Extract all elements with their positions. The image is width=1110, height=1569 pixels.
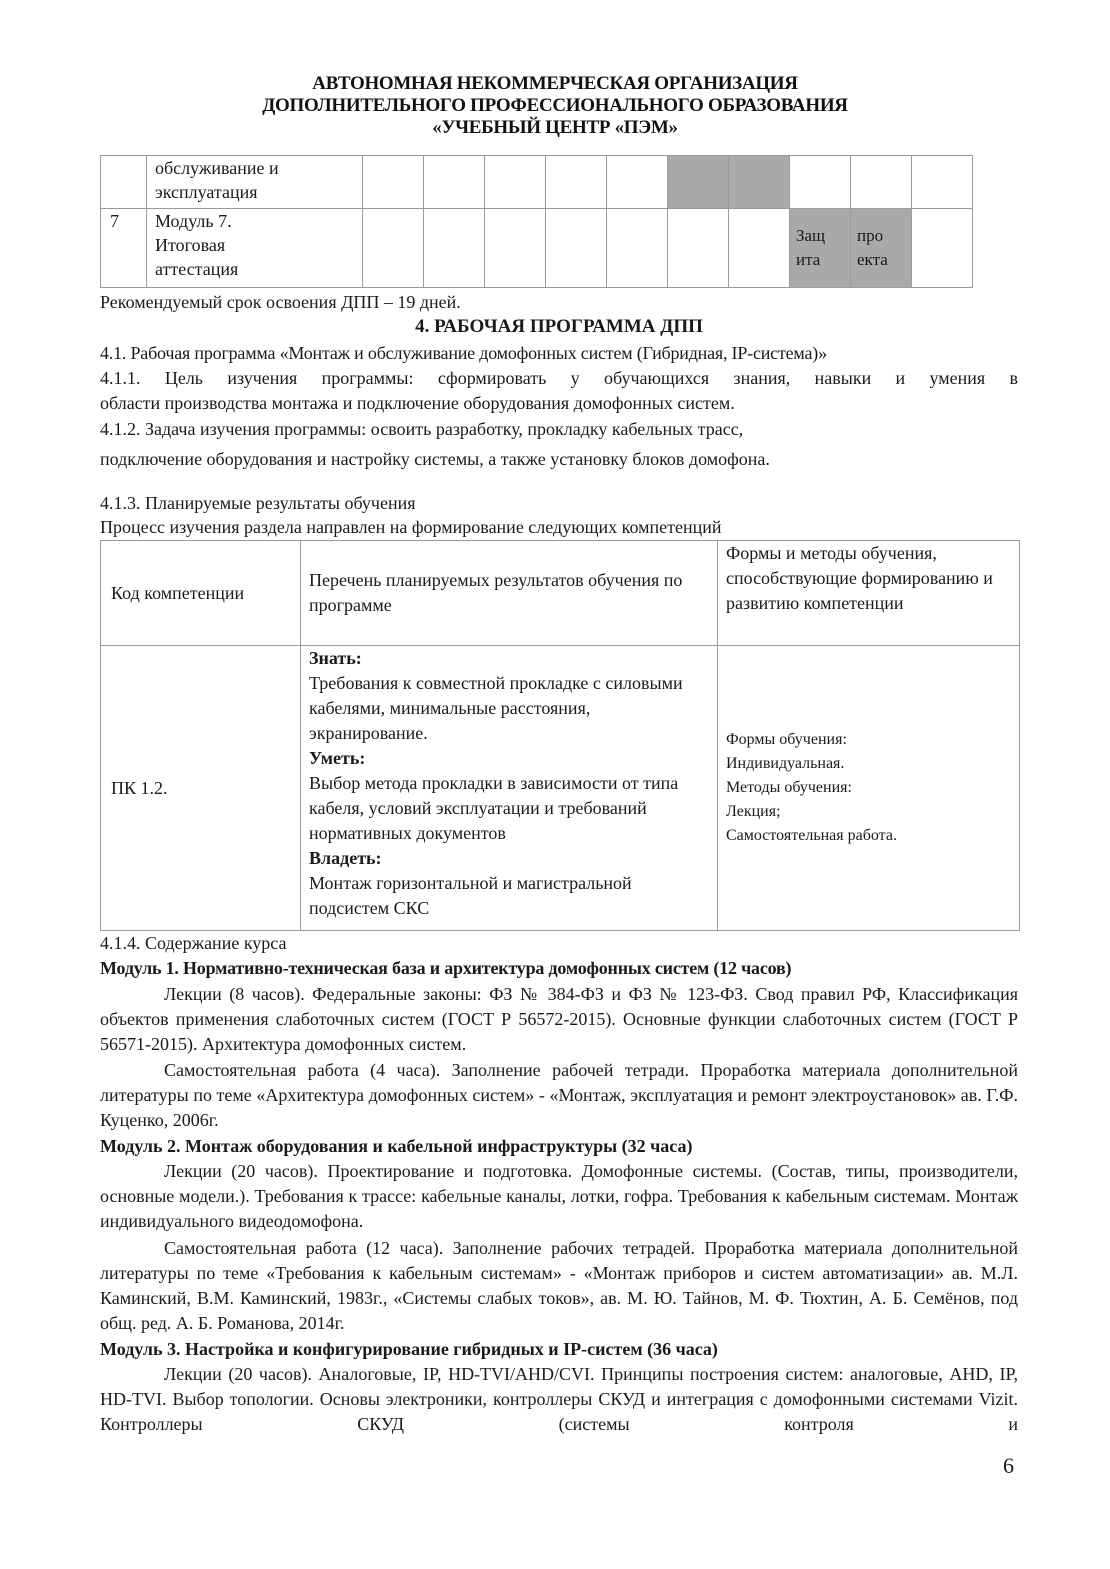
methods-line: Индивидуальная. bbox=[726, 752, 1011, 776]
day-cell bbox=[424, 156, 485, 209]
table-row: ПК 1.2. Знать: Требования к совместной п… bbox=[101, 646, 1020, 931]
able-label: Уметь: bbox=[309, 746, 709, 771]
header-line-2: ДОПОЛНИТЕЛЬНОГО ПРОФЕССИОНАЛЬНОГО ОБРАЗО… bbox=[0, 95, 1110, 117]
day-cell bbox=[851, 156, 912, 209]
schedule-table: обслуживание иэксплуатация7Модуль 7.Итог… bbox=[100, 155, 973, 288]
competence-table-header: Код компетенции Перечень планируемых рез… bbox=[101, 541, 1020, 646]
master-text: Монтаж горизонтальной и магистральной по… bbox=[309, 871, 709, 921]
methods-line: Самостоятельная работа. bbox=[726, 824, 1011, 848]
module-1-selfwork: Самостоятельная работа (4 часа). Заполне… bbox=[100, 1058, 1018, 1133]
competence-results: Знать: Требования к совместной прокладке… bbox=[301, 646, 718, 931]
paragraph-4-1: 4.1. Рабочая программа «Монтаж и обслужи… bbox=[100, 341, 1018, 366]
paragraph-4-1-3: 4.1.3. Планируемые результаты обучения bbox=[100, 491, 1018, 516]
day-cell bbox=[668, 156, 729, 209]
day-cell bbox=[485, 156, 546, 209]
table-row: 7Модуль 7.ИтоговаяаттестацияЗащитапроект… bbox=[101, 209, 973, 288]
header-methods: Формы и методы обучения, способствующие … bbox=[718, 541, 1020, 646]
section-title: 4. РАБОЧАЯ ПРОГРАММА ДПП bbox=[100, 314, 1018, 339]
paragraph-process: Процесс изучения раздела направлен на фо… bbox=[100, 515, 1018, 540]
methods-line: Формы обучения: bbox=[726, 728, 1011, 752]
day-cell bbox=[363, 156, 424, 209]
paragraph-4-1-1-line1: 4.1.1. Цель изучения программы: сформиро… bbox=[100, 366, 1018, 391]
day-cell bbox=[912, 209, 973, 288]
day-cell bbox=[729, 209, 790, 288]
day-cell bbox=[668, 209, 729, 288]
paragraph-4-1-4: 4.1.4. Содержание курса bbox=[100, 931, 1018, 956]
module-1-title: Модуль 1. Нормативно-техническая база и … bbox=[100, 956, 1018, 981]
row-number bbox=[101, 156, 147, 209]
module-2-title: Модуль 2. Монтаж оборудования и кабельно… bbox=[100, 1134, 1018, 1159]
day-cell bbox=[485, 209, 546, 288]
day-cell: проекта bbox=[851, 209, 912, 288]
day-cell bbox=[546, 156, 607, 209]
table-row: обслуживание иэксплуатация bbox=[101, 156, 973, 209]
day-cell bbox=[912, 156, 973, 209]
methods-line: Методы обучения: bbox=[726, 776, 1011, 800]
know-text: Требования к совместной прокладке с сило… bbox=[309, 671, 709, 746]
day-cell bbox=[607, 156, 668, 209]
master-label: Владеть: bbox=[309, 846, 709, 871]
row-number: 7 bbox=[101, 209, 147, 288]
organization-header: АВТОНОМНАЯ НЕКОММЕРЧЕСКАЯ ОРГАНИЗАЦИЯ ДО… bbox=[0, 73, 1110, 139]
competence-code: ПК 1.2. bbox=[101, 646, 301, 931]
paragraph-4-1-2-line1: 4.1.2. Задача изучения программы: освоит… bbox=[100, 417, 1018, 442]
day-cell bbox=[790, 156, 851, 209]
module-name: обслуживание иэксплуатация bbox=[147, 156, 363, 209]
header-results: Перечень планируемых результатов обучени… bbox=[301, 541, 718, 646]
day-cell bbox=[729, 156, 790, 209]
module-name: Модуль 7.Итоговаяаттестация bbox=[147, 209, 363, 288]
paragraph-4-1-1-line2: области производства монтажа и подключен… bbox=[100, 391, 1018, 416]
module-3-lectures: Лекции (20 часов). Аналоговые, IP, HD-TV… bbox=[100, 1362, 1018, 1437]
competence-table: Код компетенции Перечень планируемых рез… bbox=[100, 540, 1020, 931]
day-cell bbox=[607, 209, 668, 288]
day-cell bbox=[363, 209, 424, 288]
methods-line: Лекция; bbox=[726, 800, 1011, 824]
able-text: Выбор метода прокладки в зависимости от … bbox=[309, 771, 709, 846]
module-2-lectures: Лекции (20 часов). Проектирование и подг… bbox=[100, 1159, 1018, 1234]
page-number: 6 bbox=[1003, 1453, 1014, 1479]
recommended-term: Рекомендуемый срок освоения ДПП – 19 дне… bbox=[100, 290, 1018, 315]
header-code: Код компетенции bbox=[101, 541, 301, 646]
paragraph-4-1-2-line2: подключение оборудования и настройку сис… bbox=[100, 447, 1018, 472]
module-3-title: Модуль 3. Настройка и конфигурирование г… bbox=[100, 1337, 1018, 1362]
know-label: Знать: bbox=[309, 646, 709, 671]
competence-methods: Формы обучения: Индивидуальная. Методы о… bbox=[718, 646, 1020, 931]
header-line-3: «УЧЕБНЫЙ ЦЕНТР «ПЭМ» bbox=[0, 117, 1110, 139]
module-2-selfwork: Самостоятельная работа (12 часа). Заполн… bbox=[100, 1236, 1018, 1336]
day-cell bbox=[546, 209, 607, 288]
module-1-lectures: Лекции (8 часов). Федеральные законы: ФЗ… bbox=[100, 982, 1018, 1057]
day-cell: Защита bbox=[790, 209, 851, 288]
day-cell bbox=[424, 209, 485, 288]
header-line-1: АВТОНОМНАЯ НЕКОММЕРЧЕСКАЯ ОРГАНИЗАЦИЯ bbox=[0, 73, 1110, 95]
